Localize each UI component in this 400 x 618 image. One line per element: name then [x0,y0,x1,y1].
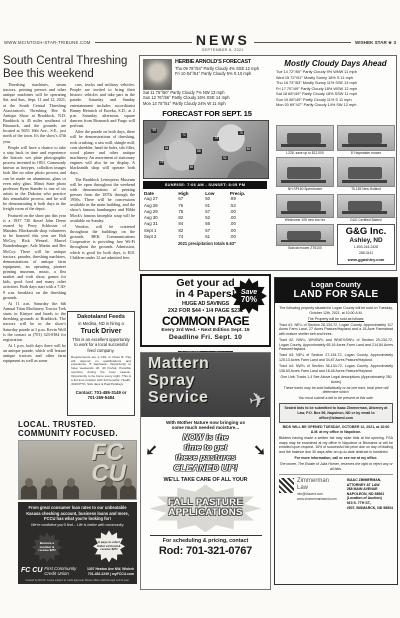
logan-intro: The following property situated in Logan… [279,306,393,315]
equipment-photo [276,194,334,218]
equipment-listing: T6.155 New Holland [337,157,395,191]
masthead-center: NEWS SEPTEMBER 8, 2021 [196,33,250,52]
fccu-footer-row: FC CU First Community Credit Union 1307 … [21,567,134,577]
article-paragraph: Threshing machines, steam tractors, prin… [3,82,66,144]
mattern-word1: Mattern [148,356,270,373]
equipment-caption: T6.155 New Holland [337,187,395,191]
zimmerman-law-logo [279,478,294,493]
national-weather-map: 58 64 72 75 88 96 79 92 70 85 [143,120,269,179]
logan-bids-opened: BIDS WILL BE OPENED TUESDAY, OCTOBER 12,… [279,425,393,434]
headline-line1: South Central Threshing [3,55,136,68]
attorney-line: #507, BISMARCK, ND 58504 [347,506,393,511]
person-silhouette [41,475,57,500]
forecaster-photo [143,59,172,90]
gg-phone-1: 1-800-244-2428 [339,245,393,250]
mattern-phone: Rod: 701-321-0767 [141,545,270,557]
fccu-name-line2: Credit Union [44,571,68,576]
logan-tract: Tract #4: NW¼ of Section 36-134-72, Loga… [279,364,393,373]
equipment-caption: Bobcat mower ZT6100 [276,246,334,250]
dakotaland-location: in Medina, ND is hiring a [71,321,131,326]
table-row: Sept 27461.00 [143,234,267,240]
equipment-photo [276,125,334,151]
equipment-caption: G&G Certified Balers! [337,218,395,222]
logan-header: Logan County LAND FOR SALE [275,278,397,303]
fccu-name: First Community Credit Union [44,567,76,577]
equipment-photo [337,194,395,218]
fccu-title-line1: LOCAL. TRUSTED. [18,420,137,429]
logan-one-unit: One Unit: Tracts 1-4 See Above Legal des… [279,375,393,384]
logan-body: The following property situated in Logan… [275,303,397,513]
logan-footer: Zimmerman Law info@izlawnd.com www.zimme… [279,474,393,510]
weather-table: Date High Low Precip. Aug 276750.89 Aug … [143,191,267,240]
dakotaland-position: Truck Driver [71,328,131,335]
gg-city: Ashley, ND [339,237,393,244]
logan-tract: Tract #3: NE¼ of Section 27-134-72, Loga… [279,353,393,362]
outlook-title: Mostly Cloudy Days Ahead [276,59,395,68]
firm-name: Zimmerman Law [297,478,337,491]
edition-page: WISHEK STAR ★ 3 [355,40,396,46]
mattern-care-line: WE'LL TAKE CARE OF ALL YOUR [141,477,270,483]
map-title: FORECAST FOR SEPT. 15 [143,109,271,118]
fccu-pitch: From great consumer loan rates to our un… [21,505,134,521]
mattern-spray-ad: Mattern Spray Service ✈ With Mother Natu… [140,352,271,590]
dakotaland-pitch: This is an excellent opportunity to work… [71,337,131,353]
fall-line2: APPLICATIONS [168,508,242,519]
person-silhouette [21,475,37,500]
fccu-info-panel: From great consumer loan rates to our un… [18,502,137,584]
fancy-line: CLEANED UP! [141,463,270,474]
equipment-caption: L228- save up to $12,000 [276,151,334,155]
person-silhouette [63,475,79,500]
map-temp-label: 70 [238,131,244,135]
masthead-rule-right [254,42,351,43]
fccu-ad: LOCAL. TRUSTED. COMMUNITY FOCUSED. FC CU… [18,420,137,585]
article-headline: South Central Threshing Bee this weekend [3,55,136,80]
newspaper-page: WWW.MCINTOSH-STAR-TRIBUNE.COM NEWS SEPTE… [0,0,400,618]
divider [150,535,262,536]
fccu-street: 1307 Heaton Ave NW, Wishek [87,567,134,572]
firm-line2: Law [297,485,308,491]
save-percent: 70% [241,296,257,304]
sealed-bids-box: Sealed bids to be submitted to Isaac Zim… [279,403,393,423]
equipment-photo [276,157,334,187]
forecast-day: Fri 10 84°/54° Partly Cloudy 5% S 10 mph [175,71,259,76]
forecast-title: HERBIE ARNOLD'S FORECAST [175,59,259,65]
equipment-caption: NH SP160 Speedrower [276,187,334,191]
equipment-listing: 8' Haymaster mower [337,125,395,155]
article-paragraph: People will have a chance to take a step… [3,145,66,212]
sunrise-sunset-banner: SUNRISE: 7:06 AM - SUNSET: 8:05 PM [143,181,267,189]
equipment-listing: Windrower 105 new low hrs [276,194,334,222]
gg-equipment-ad: L228- save up to $12,000 8' Haymaster mo… [276,125,395,267]
curved-arrow-icon: ➘ [145,441,158,459]
fccu-address: 1307 Heaton Ave NW, Wishek 701-452-2249 … [87,567,134,576]
common-page-title: COMMON PAGE [142,315,269,327]
four-papers-schedule: Every 3rd Wed. • Next Edition Sept. 15 [142,328,269,333]
article-paragraph: After the parade on both days, there wil… [70,129,135,175]
map-temp-label: 88 [196,149,202,153]
article-paragraph: At 11 a.m. Saturday the 6th Annual Titan… [3,301,66,342]
logan-fsa: Bidders having made a written bid may ra… [279,436,393,454]
attorney-block: ISAAC ZIMMERMAN, ATTORNEY AT LAW 288 MAI… [347,478,393,510]
logan-land-sale-ad: Logan County LAND FOR SALE The following… [274,277,398,585]
refer-offer: It pays to refer! Refer a Friend & recei… [97,541,121,552]
gg-dealer-block: G&G Inc. Ashley, ND 1-800-244-2428 288-3… [337,224,395,265]
four-papers-ad: Save 70% Get your ad in 4 Papers! HUGE A… [140,274,271,347]
forecast-right-pane: Mostly Cloudy Days Ahead Tue 14 72°/50° … [276,59,395,267]
logan-note1: These tracts may be sold individually or… [279,386,393,395]
refer-starburst: It pays to refer! Refer a Friend & recei… [93,530,125,562]
equipment-caption: 8' Haymaster mower [337,151,395,155]
gg-phone-2: 288-3411 [339,251,393,256]
equipment-listing: L228- save up to $12,000 [276,125,334,155]
fccu-staff-photo: FC CU [18,440,137,500]
article-column-1: Threshing machines, steam tractors, prin… [3,82,66,415]
map-temp-label: 64 [164,146,170,150]
article-paragraph: cars, trucks and military vehicles. Peop… [70,82,135,128]
member-offer: Become a member & receive $25! [36,542,58,553]
equipment-listing: G&G Certified Balers! [337,194,395,222]
forecast-box: HERBIE ARNOLD'S FORECAST Thu 09 78°/54° … [139,55,397,271]
article-column-2: cars, trucks and military vehicles. Peop… [70,82,135,308]
article-paragraph: At 1 p.m. both days there will be an ant… [3,343,66,364]
fccu-tagline: We're confident you'll find... Life is b… [21,523,134,527]
cell-high: 74 [177,234,204,240]
equipment-caption: Windrower 105 new low hrs [276,218,334,222]
cell-low: 61 [204,234,229,240]
cell-precip: .00 [229,234,267,240]
mattern-sched-line: For scheduling & pricing, contact [141,538,270,544]
headline-line2: Bee this weekend [3,68,136,81]
map-temp-label: 96 [189,165,195,169]
mattern-fancy-block: ➘ ➘ NOW is the time to get these pasture… [141,433,270,473]
fall-pasture-starburst: FALL PASTURE APPLICATIONS [150,484,262,532]
forecast-day: Mon 13 75°/51° Partly Cloudy 24% W 11 mp… [143,101,271,106]
map-temp-label: 92 [222,156,228,160]
firm-contacts: info@izlawnd.com www.zimmermanlawnd.com [297,492,337,500]
issue-date: SEPTEMBER 8, 2021 [196,48,250,52]
outlook-day: Mon 20 69°/47° Partly Cloudy 14% SW 12 m… [276,103,395,109]
logan-sold-as: The Property will be sold as follows: [279,317,393,322]
logan-tract: Tract #1: NE¼ of Section 28-134-72, Loga… [279,323,393,337]
fccu-legal: Insured by NCUA. Loans subject to credit… [21,579,134,582]
map-temp-label: 79 [213,137,219,141]
four-papers-deadline: Deadline Fri. Sept. 10 [142,334,269,341]
map-temp-label: 58 [151,129,157,133]
masthead-rule-left [95,42,192,43]
gg-name: G&G Inc. [339,227,393,237]
member-starburst: Become a member & receive $25! [32,532,62,562]
section-title: NEWS [196,33,250,47]
equipment-photo [276,224,334,246]
equipment-listing: Bobcat mower ZT6100 [276,224,334,265]
fccu-logo: FC CU [21,568,42,574]
equipment-photo [337,125,395,151]
firm-website: www.zimmermanlawnd.com [297,497,337,501]
dakotaland-contact: Contact: 701-486-3149 or 701-269-5484 [71,390,131,400]
fccu-title-line2: COMMUNITY FOCUSED. [18,429,137,438]
mattern-header: Mattern Spray Service ✈ [141,353,270,417]
forecast-header: HERBIE ARNOLD'S FORECAST Thu 09 78°/54° … [143,59,271,90]
logan-head-line2: LAND FOR SALE [275,289,397,300]
dakotaland-title: Dakotaland Feeds [71,314,131,320]
gg-website: www.ggashley.com [339,257,393,262]
logan-more-info: For more information, call or see me at … [279,456,393,461]
forecast-left-pane: HERBIE ARNOLD'S FORECAST Thu 09 78°/54° … [143,59,271,267]
article-paragraph: Featured on the show pin this year is a … [3,213,66,300]
equipment-listing: NH SP160 Speedrower [276,157,334,191]
logan-head-line1: Logan County [275,280,397,289]
fccu-phone-web: 701-452-2249 | myFCCU.com [87,572,134,577]
person-silhouette [120,475,136,500]
website-url: WWW.MCINTOSH-STAR-TRIBUNE.COM [4,40,91,45]
precip-total: 2021 precipitation totals 6.63" [143,241,271,246]
person-silhouette [101,475,117,500]
dakotaland-details: Requirements are a CDL or Class B. Pay w… [71,356,131,387]
equipment-photo [337,157,395,187]
cell-date: Sept 2 [143,234,177,240]
masthead: WWW.MCINTOSH-STAR-TRIBUNE.COM NEWS SEPTE… [4,33,396,52]
map-temp-label: 75 [159,161,165,165]
map-temp-label: 85 [246,147,252,151]
logan-note2: You must submit a bid to be present at t… [279,396,393,401]
logan-tract: Tract #2: NW¼, W½SW¼ and W½E½SW¼ of Sect… [279,338,393,352]
logan-owner: The owner, The Estate of Julia Horner, r… [279,462,393,471]
article-paragraph: Vendors will be scattered throughout the… [70,224,135,260]
mattern-word2: Spray [148,373,270,390]
dakotaland-feeds-ad: Dakotaland Feeds in Medina, ND is hiring… [67,311,135,416]
mattern-intro2: some much needed moisture... [141,425,270,430]
article-paragraph: The Braddock Letterpress Museum will be … [70,177,135,223]
firm-line1: Zimmerman [297,478,329,484]
curved-arrow-icon: ➘ [253,441,266,459]
map-temp-label: 72 [181,133,187,137]
